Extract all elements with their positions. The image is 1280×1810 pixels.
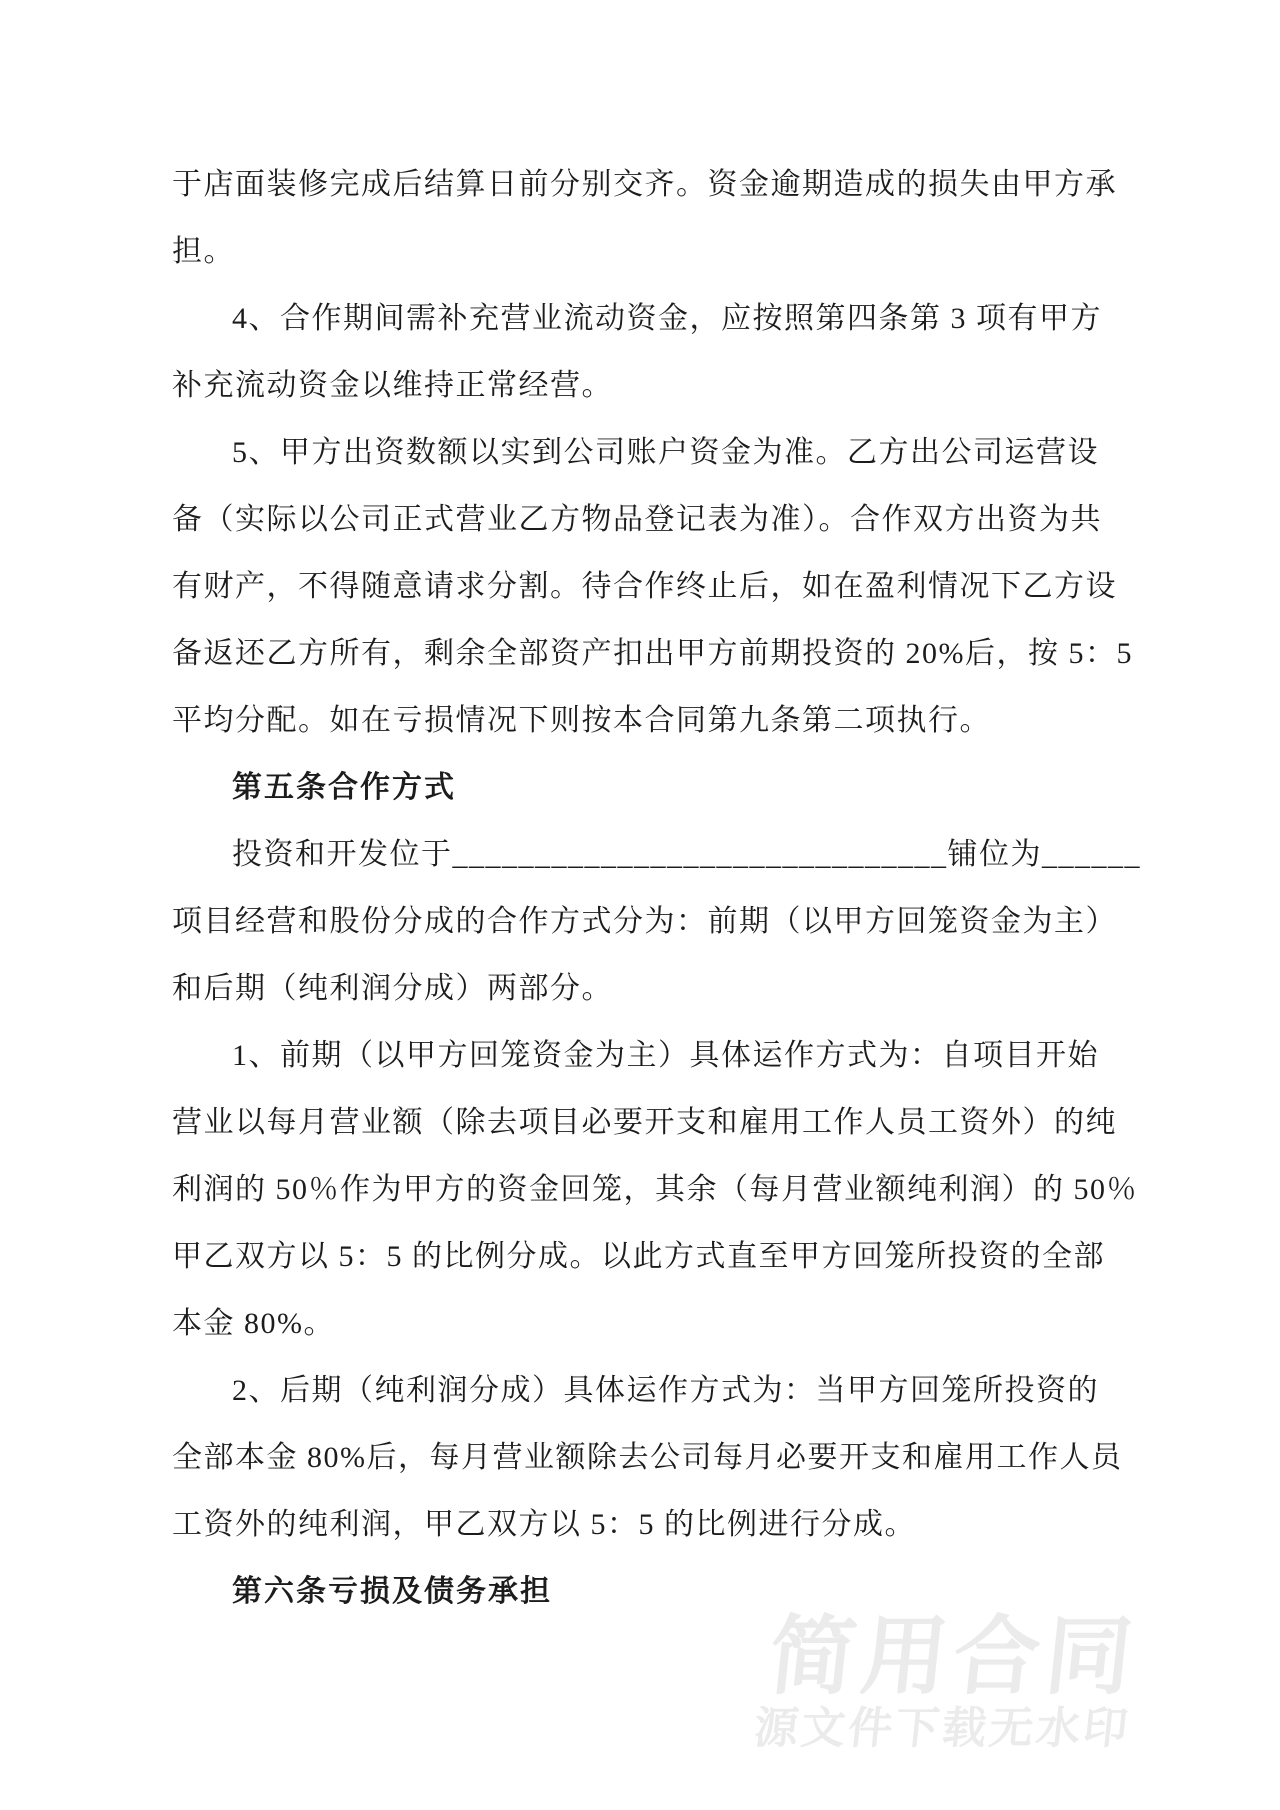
contract-body-text: 于店面装修完成后结算日前分别交齐。资金逾期造成的损失由甲方承 担。 4、合作期间… [172,151,1122,1625]
contract-line: 营业以每月营业额（除去项目必要开支和雇用工作人员工资外）的纯 [172,1089,1122,1156]
contract-line: 补充流动资金以维持正常经营。 [172,352,1122,419]
contract-line: 和后期（纯利润分成）两部分。 [172,955,1122,1022]
contract-line: 担。 [172,218,1122,285]
contract-line: 利润的 50％作为甲方的资金回笼，其余（每月营业额纯利润）的 50％ [172,1156,1122,1223]
contract-line-item-2: 2、后期（纯利润分成）具体运作方式为：当甲方回笼所投资的 [172,1357,1122,1424]
contract-line: 全部本金 80%后，每月营业额除去公司每月必要开支和雇用工作人员 [172,1424,1122,1491]
contract-line: 甲乙双方以 5：5 的比例分成。以此方式直至甲方回笼所投资的全部 [172,1223,1122,1290]
contract-line: 备返还乙方所有，剩余全部资产扣出甲方前期投资的 20%后，按 5：5 [172,620,1122,687]
contract-line-item-5: 5、甲方出资数额以实到公司账户资金为准。乙方出公司运营设 [172,419,1122,486]
contract-document-page: 于店面装修完成后结算日前分别交齐。资金逾期造成的损失由甲方承 担。 4、合作期间… [0,0,1280,1810]
contract-line: 备（实际以公司正式营业乙方物品登记表为准）。合作双方出资为共 [172,486,1122,553]
contract-line: 项目经营和股份分成的合作方式分为：前期（以甲方回笼资金为主） [172,888,1122,955]
contract-line: 平均分配。如在亏损情况下则按本合同第九条第二项执行。 [172,687,1122,754]
contract-line: 有财产，不得随意请求分割。待合作终止后，如在盈利情况下乙方设 [172,553,1122,620]
watermark-title: 简用合同 [757,1612,1142,1702]
contract-line: 本金 80%。 [172,1290,1122,1357]
contract-line-fill-in-blanks: 投资和开发位于______________________________铺位为… [172,821,1122,888]
contract-line: 于店面装修完成后结算日前分别交齐。资金逾期造成的损失由甲方承 [172,151,1122,218]
heading-article-5: 第五条合作方式 [172,754,1122,821]
watermark-subtitle: 源文件下载无水印 [752,1704,1133,1754]
contract-line: 工资外的纯利润，甲乙双方以 5：5 的比例进行分成。 [172,1491,1122,1558]
watermark: 简用合同 源文件下载无水印 [752,1612,1143,1754]
contract-line-item-4: 4、合作期间需补充营业流动资金，应按照第四条第 3 项有甲方 [172,285,1122,352]
contract-line-item-1: 1、前期（以甲方回笼资金为主）具体运作方式为：自项目开始 [172,1022,1122,1089]
